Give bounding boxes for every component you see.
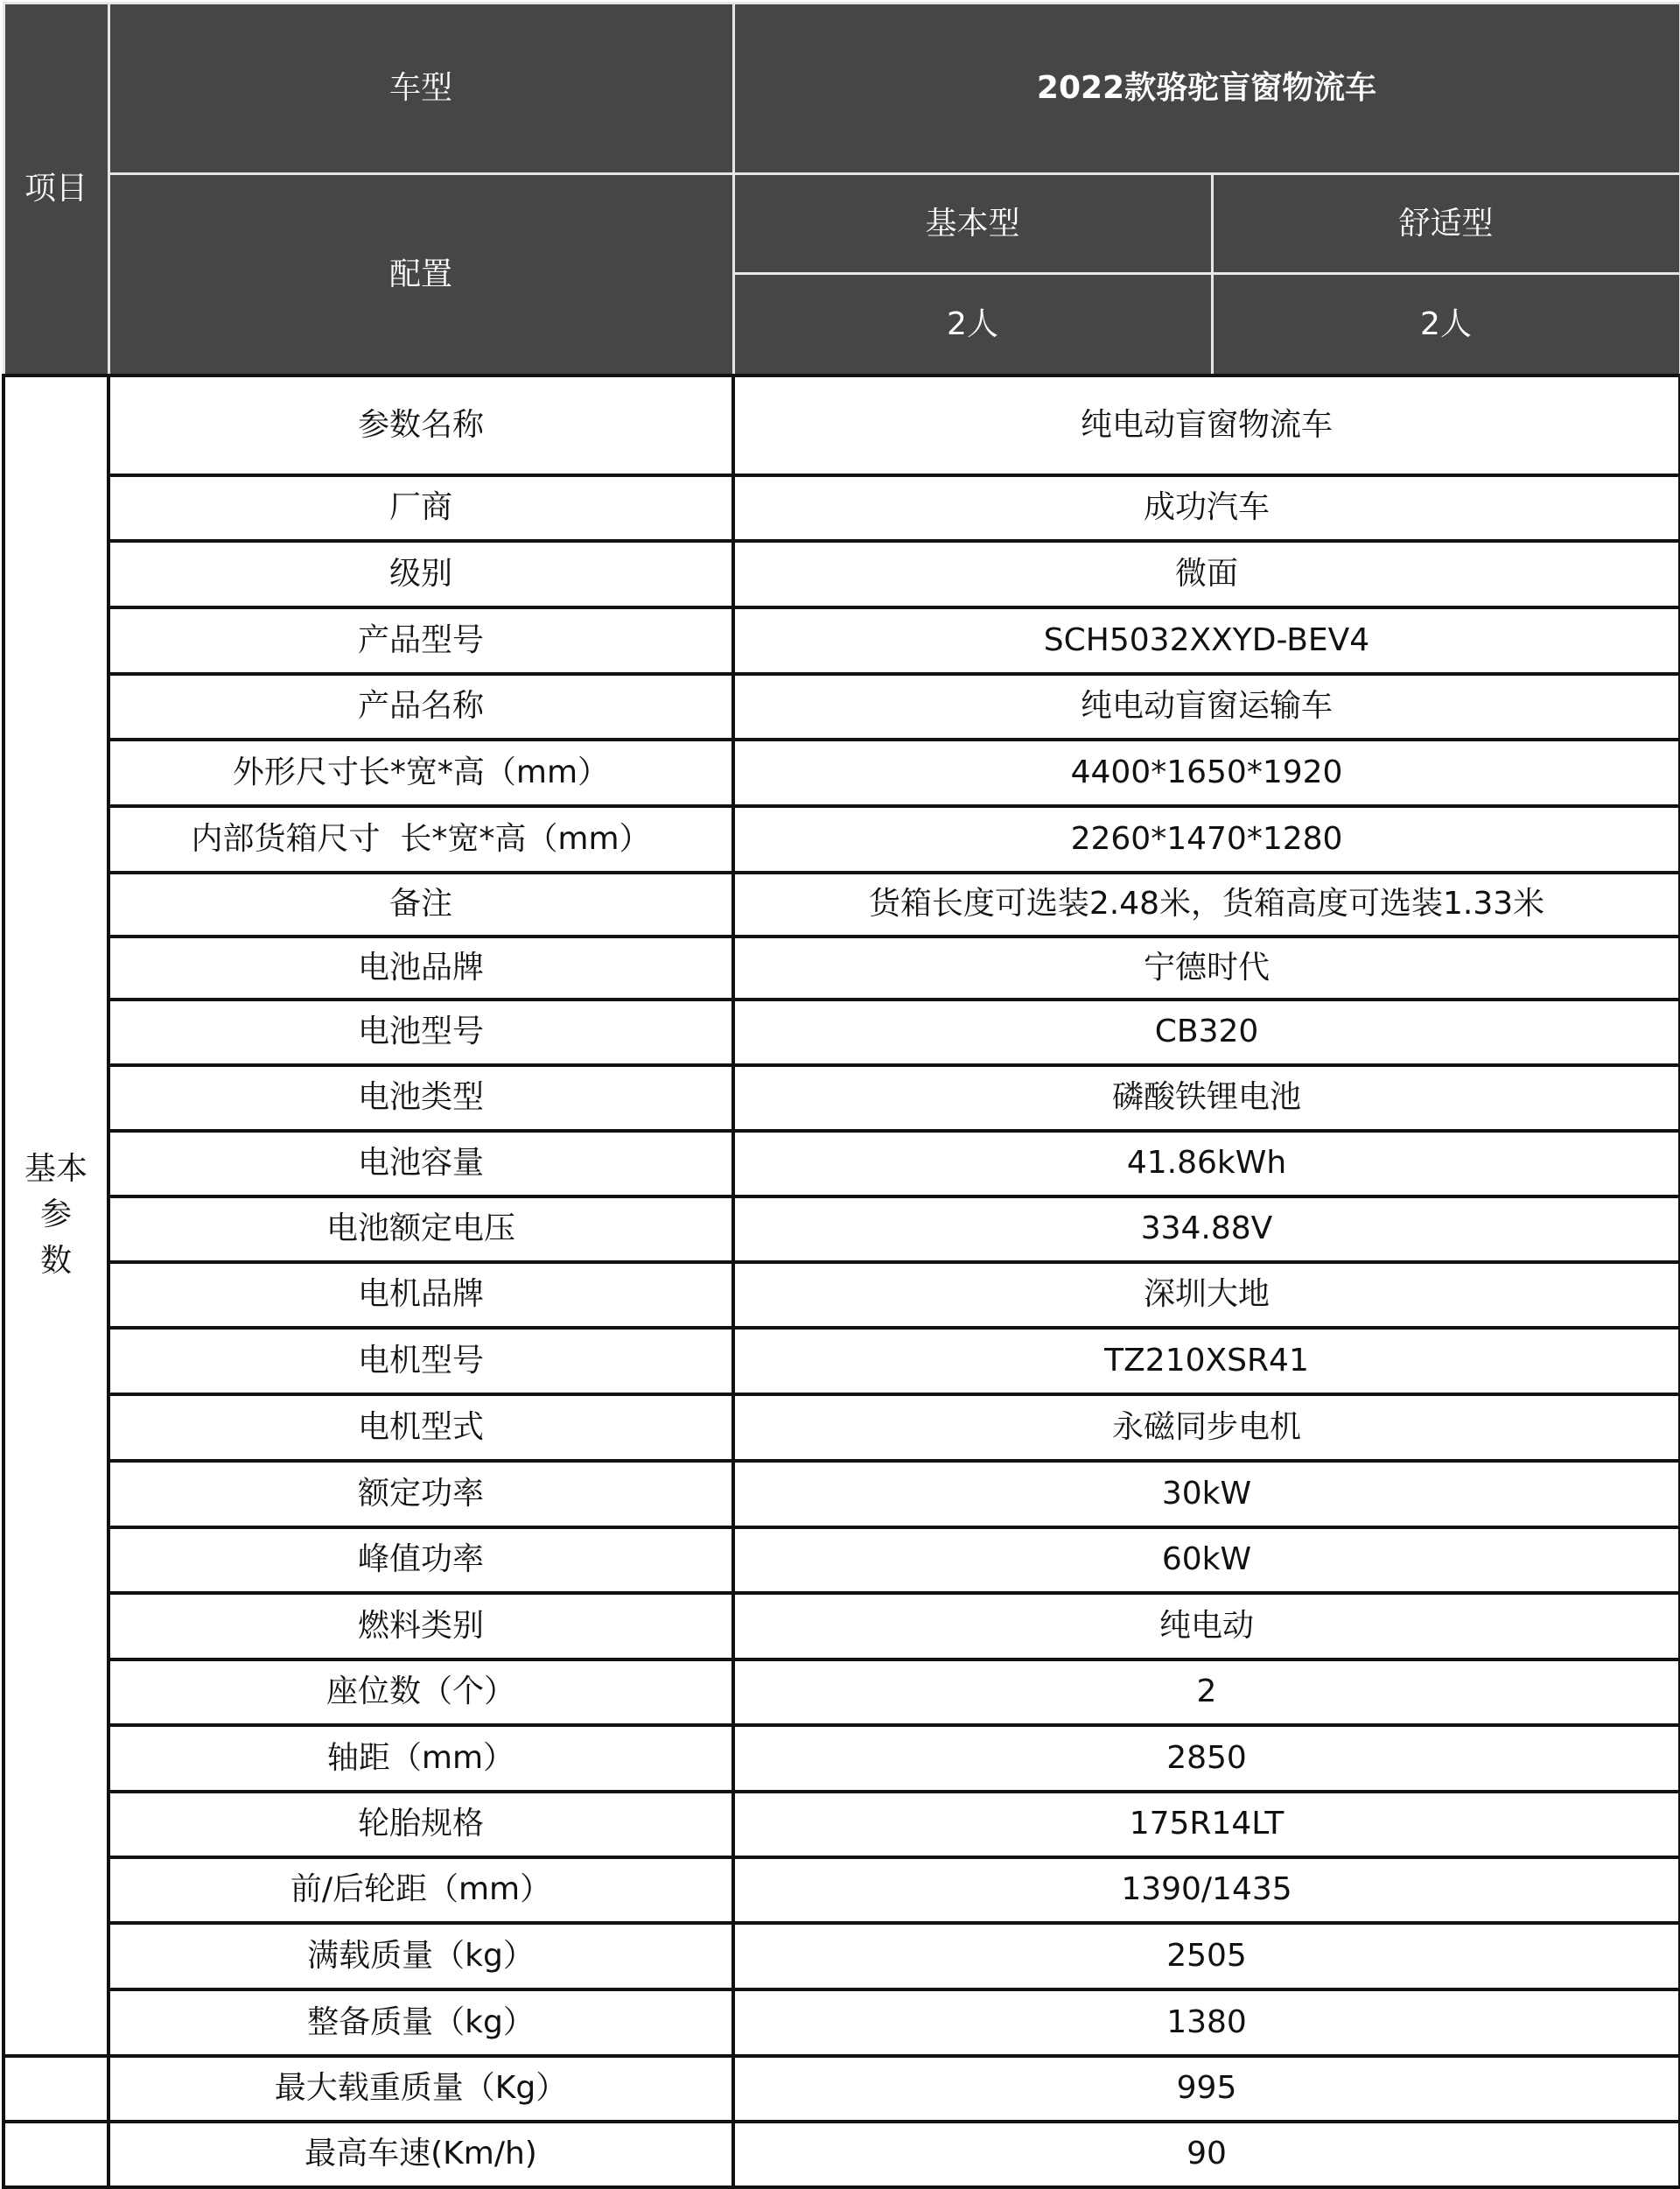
param-label-cell: 电池类型 <box>108 1065 733 1131</box>
param-value-cell: 货箱长度可选装2.48米，货箱高度可选装1.33米 <box>733 873 1680 937</box>
param-label-cell: 额定功率 <box>108 1461 733 1527</box>
header-row-model: 项目 车型 2022款骆驼盲窗物流车 <box>3 4 1680 174</box>
table-row: 外形尺寸长*宽*高（mm）4400*1650*1920 <box>3 740 1680 806</box>
seats-basic-cell: 2人 <box>733 274 1212 375</box>
param-label-cell: 厂商 <box>108 475 733 541</box>
param-label-cell: 电池容量 <box>108 1131 733 1196</box>
param-label-cell: 电池品牌 <box>108 937 733 1000</box>
table-row: 级别微面 <box>3 541 1680 607</box>
param-label-cell: 轴距（mm） <box>108 1725 733 1792</box>
param-value-cell: 4400*1650*1920 <box>733 740 1680 806</box>
table-row: 最大载重质量（Kg）995 <box>3 2056 1680 2122</box>
param-value-cell: 1390/1435 <box>733 1857 1680 1923</box>
param-value-cell: 纯电动盲窗物流车 <box>733 375 1680 475</box>
table-row: 产品型号SCH5032XXYD-BEV4 <box>3 607 1680 674</box>
param-value-cell: 2260*1470*1280 <box>733 806 1680 873</box>
param-label-cell: 参数名称 <box>108 375 733 475</box>
table-row: 满载质量（kg）2505 <box>3 1923 1680 1989</box>
variant-basic-cell: 基本型 <box>733 174 1212 274</box>
table-row: 整备质量（kg）1380 <box>3 1989 1680 2056</box>
table-row: 轴距（mm）2850 <box>3 1725 1680 1792</box>
table-row: 产品名称纯电动盲窗运输车 <box>3 674 1680 740</box>
param-value-cell: 2 <box>733 1659 1680 1725</box>
param-value-cell: 175R14LT <box>733 1792 1680 1857</box>
param-value-cell: 1380 <box>733 1989 1680 2056</box>
param-label-cell: 电池额定电压 <box>108 1196 733 1262</box>
table-row: 电机品牌深圳大地 <box>3 1262 1680 1328</box>
param-label-cell: 外形尺寸长*宽*高（mm） <box>108 740 733 806</box>
param-value-cell: 60kW <box>733 1527 1680 1593</box>
param-value-cell: 30kW <box>733 1461 1680 1527</box>
param-label-cell: 座位数（个） <box>108 1659 733 1725</box>
param-value-cell: 纯电动 <box>733 1593 1680 1659</box>
param-value-cell: 2850 <box>733 1725 1680 1792</box>
table-row: 电池型号CB320 <box>3 1000 1680 1065</box>
param-label-cell: 产品型号 <box>108 607 733 674</box>
param-value-cell: 永磁同步电机 <box>733 1394 1680 1461</box>
param-value-cell: 微面 <box>733 541 1680 607</box>
param-value-cell: 深圳大地 <box>733 1262 1680 1328</box>
table-row: 备注货箱长度可选装2.48米，货箱高度可选装1.33米 <box>3 873 1680 937</box>
param-label-cell: 电池型号 <box>108 1000 733 1065</box>
table-row: 内部货箱尺寸 长*宽*高（mm）2260*1470*1280 <box>3 806 1680 873</box>
table-row: 轮胎规格175R14LT <box>3 1792 1680 1857</box>
param-label-cell: 备注 <box>108 873 733 937</box>
table-row: 基本 参 数参数名称纯电动盲窗物流车 <box>3 375 1680 475</box>
model-title-cell: 2022款骆驼盲窗物流车 <box>733 4 1680 174</box>
param-value-cell: 90 <box>733 2122 1680 2187</box>
param-value-cell: 宁德时代 <box>733 937 1680 1000</box>
table-row: 电池额定电压334.88V <box>3 1196 1680 1262</box>
param-label-cell: 峰值功率 <box>108 1527 733 1593</box>
table-row: 最高车速(Km/h)90 <box>3 2122 1680 2187</box>
param-label-cell: 轮胎规格 <box>108 1792 733 1857</box>
table-row: 电机型式永磁同步电机 <box>3 1394 1680 1461</box>
param-value-cell: 纯电动盲窗运输车 <box>733 674 1680 740</box>
spec-table: 项目 车型 2022款骆驼盲窗物流车 配置 基本型 舒适型 2人 2人 基本 参… <box>2 2 1680 2189</box>
param-label-cell: 前/后轮距（mm） <box>108 1857 733 1923</box>
param-label-cell: 电机品牌 <box>108 1262 733 1328</box>
param-label-cell: 整备质量（kg） <box>108 1989 733 2056</box>
param-value-cell: 2505 <box>733 1923 1680 1989</box>
param-label-cell: 最大载重质量（Kg） <box>108 2056 733 2122</box>
table-row: 燃料类别纯电动 <box>3 1593 1680 1659</box>
group-empty-cell <box>3 2056 108 2122</box>
param-value-cell: 334.88V <box>733 1196 1680 1262</box>
param-value-cell: 41.86kWh <box>733 1131 1680 1196</box>
param-label-cell: 燃料类别 <box>108 1593 733 1659</box>
param-value-cell: 磷酸铁锂电池 <box>733 1065 1680 1131</box>
table-row: 前/后轮距（mm）1390/1435 <box>3 1857 1680 1923</box>
table-row: 厂商成功汽车 <box>3 475 1680 541</box>
param-value-cell: SCH5032XXYD-BEV4 <box>733 607 1680 674</box>
group-empty-cell <box>3 2122 108 2187</box>
param-label-cell: 最高车速(Km/h) <box>108 2122 733 2187</box>
config-label-cell: 配置 <box>108 174 733 375</box>
param-value-cell: 成功汽车 <box>733 475 1680 541</box>
param-value-cell: CB320 <box>733 1000 1680 1065</box>
param-value-cell: 995 <box>733 2056 1680 2122</box>
variant-comfort-cell: 舒适型 <box>1212 174 1680 274</box>
param-label-cell: 满载质量（kg） <box>108 1923 733 1989</box>
table-row: 电池容量41.86kWh <box>3 1131 1680 1196</box>
table-row: 电池类型磷酸铁锂电池 <box>3 1065 1680 1131</box>
item-header-cell: 项目 <box>3 4 108 375</box>
table-row: 峰值功率60kW <box>3 1527 1680 1593</box>
group-basic-params-cell: 基本 参 数 <box>3 375 108 2056</box>
table-row: 电机型号TZ210XSR41 <box>3 1328 1680 1394</box>
param-label-cell: 级别 <box>108 541 733 607</box>
seats-comfort-cell: 2人 <box>1212 274 1680 375</box>
table-row: 座位数（个）2 <box>3 1659 1680 1725</box>
param-label-cell: 电机型号 <box>108 1328 733 1394</box>
param-label-cell: 产品名称 <box>108 674 733 740</box>
param-label-cell: 电机型式 <box>108 1394 733 1461</box>
header-row-variant: 配置 基本型 舒适型 <box>3 174 1680 274</box>
model-label-cell: 车型 <box>108 4 733 174</box>
table-row: 额定功率30kW <box>3 1461 1680 1527</box>
param-label-cell: 内部货箱尺寸 长*宽*高（mm） <box>108 806 733 873</box>
param-value-cell: TZ210XSR41 <box>733 1328 1680 1394</box>
table-row: 电池品牌宁德时代 <box>3 937 1680 1000</box>
